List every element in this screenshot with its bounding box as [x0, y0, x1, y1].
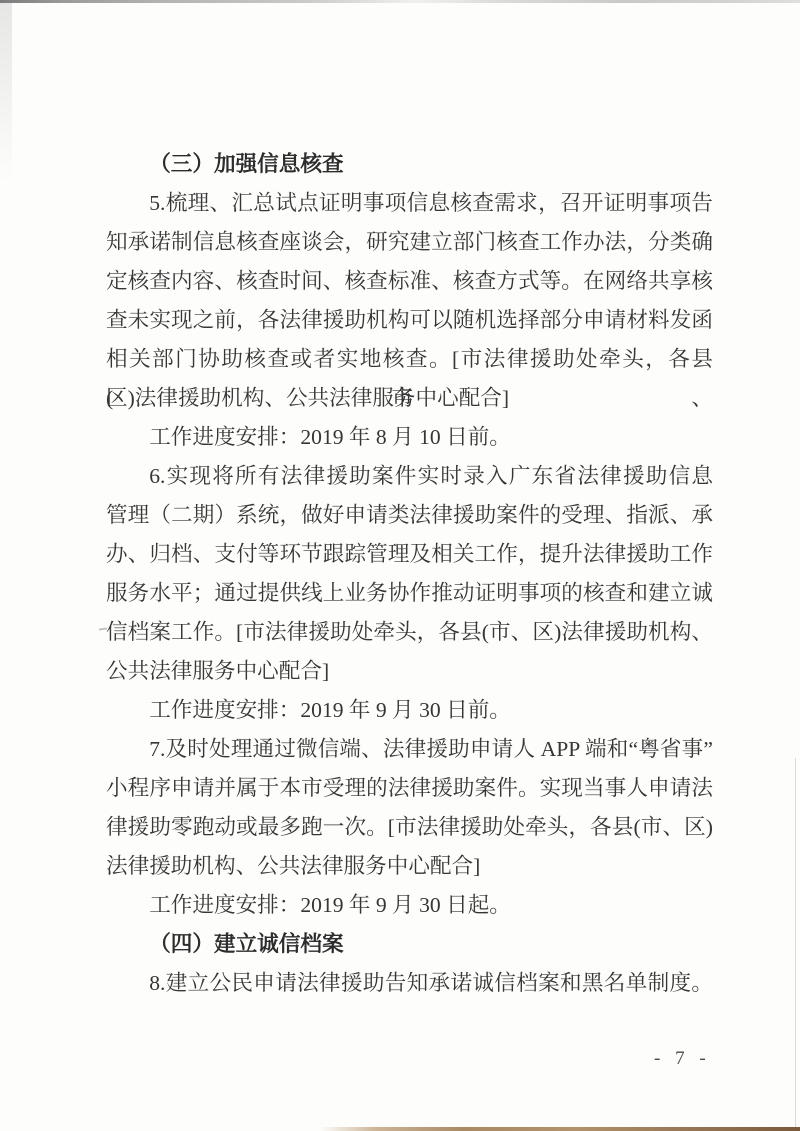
scan-edge-top — [0, 0, 800, 3]
paragraph-6-line: 管理（二期）系统，做好申请类法律援助案件的受理、指派、承 — [106, 496, 713, 535]
paragraph-6-line: 办、归档、支付等环节跟踪管理及相关工作，提升法律援助工作 — [106, 535, 713, 574]
schedule-line-sep30-before: 工作进度安排：2019 年 9 月 30 日前。 — [106, 691, 713, 730]
paragraph-6-line: 公共法律服务中心配合] — [106, 652, 713, 691]
paragraph-6-line: 服务水平；通过提供线上业务协作推动证明事项的核查和建立诚 — [106, 574, 713, 613]
paragraph-7-line: 律援助零跑动或最多跑一次。[市法律援助处牵头，各县(市、区) — [106, 808, 713, 847]
schedule-line-aug10: 工作进度安排：2019 年 8 月 10 日前。 — [106, 418, 713, 457]
paragraph-7-line: 7.及时处理通过微信端、法律援助申请人 APP 端和“粤省事” — [106, 730, 713, 769]
scan-edge-bottom — [0, 1127, 800, 1131]
section-heading-3: （三）加强信息核查 — [106, 145, 713, 184]
paragraph-5-line: 定核查内容、核查时间、核查标准、核查方式等。在网络共享核 — [106, 262, 713, 301]
paragraph-7-line: 小程序申请并属于本市受理的法律援助案件。实现当事人申请法 — [106, 769, 713, 808]
paragraph-5-line: 查未实现之前，各法律援助机构可以随机选择部分申请材料发函 — [106, 301, 713, 340]
schedule-line-sep30-from: 工作进度安排：2019 年 9 月 30 日起。 — [106, 886, 713, 925]
paragraph-7-line: 法律援助机构、公共法律服务中心配合] — [106, 847, 713, 886]
paragraph-6-line: 信档案工作。[市法律援助处牵头，各县(市、区)法律援助机构、 — [106, 613, 713, 652]
scan-edge-right — [795, 758, 796, 1131]
document-body: （三）加强信息核查 5.梳理、汇总试点证明事项信息核查需求，召开证明事项告 知承… — [106, 145, 713, 1003]
scan-corner-shade — [0, 3, 12, 183]
section-heading-4: （四）建立诚信档案 — [106, 925, 713, 964]
paragraph-8-line: 8.建立公民申请法律援助告知承诺诚信档案和黑名单制度。 — [106, 964, 713, 1003]
paragraph-5-line: 相关部门协助核查或者实地核查。[市法律援助处牵头，各县(市、 — [106, 340, 713, 379]
paragraph-6-line: 6.实现将所有法律援助案件实时录入广东省法律援助信息 — [106, 457, 713, 496]
scanned-document-page: （三）加强信息核查 5.梳理、汇总试点证明事项信息核查需求，召开证明事项告 知承… — [0, 0, 800, 1131]
page-number: - 7 - — [654, 1048, 711, 1070]
paragraph-5-line: 知承诺制信息核查座谈会，研究建立部门核查工作办法，分类确 — [106, 223, 713, 262]
paragraph-5-line: 5.梳理、汇总试点证明事项信息核查需求，召开证明事项告 — [106, 184, 713, 223]
